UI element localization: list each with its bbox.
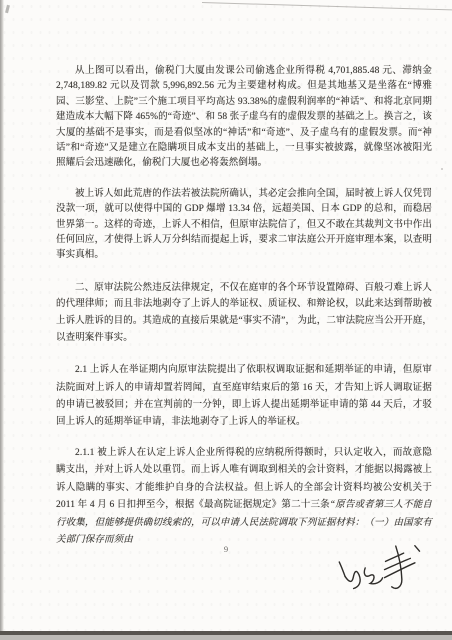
- document-body: 从上图可以看出，偷税门大厦由发课公司偷逃企业所得税 4,701,885.48 元…: [0, 0, 452, 550]
- paragraph-building-metaphor: 从上图可以看出，偷税门大厦由发课公司偷逃企业所得税 4,701,885.48 元…: [56, 64, 432, 172]
- handwritten-signature-icon: [332, 530, 446, 600]
- paragraph-section-two: 二、原审法院公然违反法律规定，不仅在庭审的各个环节设置障碍、百般刁难上诉人的代理…: [56, 280, 432, 346]
- scan-edge-bottom-shadow: [0, 635, 452, 640]
- page-number: 9: [218, 544, 234, 554]
- scanned-page: 从上图可以看出，偷税门大厦由发课公司偷逃企业所得税 4,701,885.48 元…: [0, 0, 452, 640]
- paragraph-2-1: 2.1 上诉人在举证期内向原审法院提出了依职权调取证据和延期举证的申请，但原审法…: [56, 362, 432, 432]
- paragraph-gdp-argument: 被上诉人如此荒唐的作法若被法院所确认，其必定会推向全国，届时被上诉人仅凭罚没款一…: [56, 187, 432, 264]
